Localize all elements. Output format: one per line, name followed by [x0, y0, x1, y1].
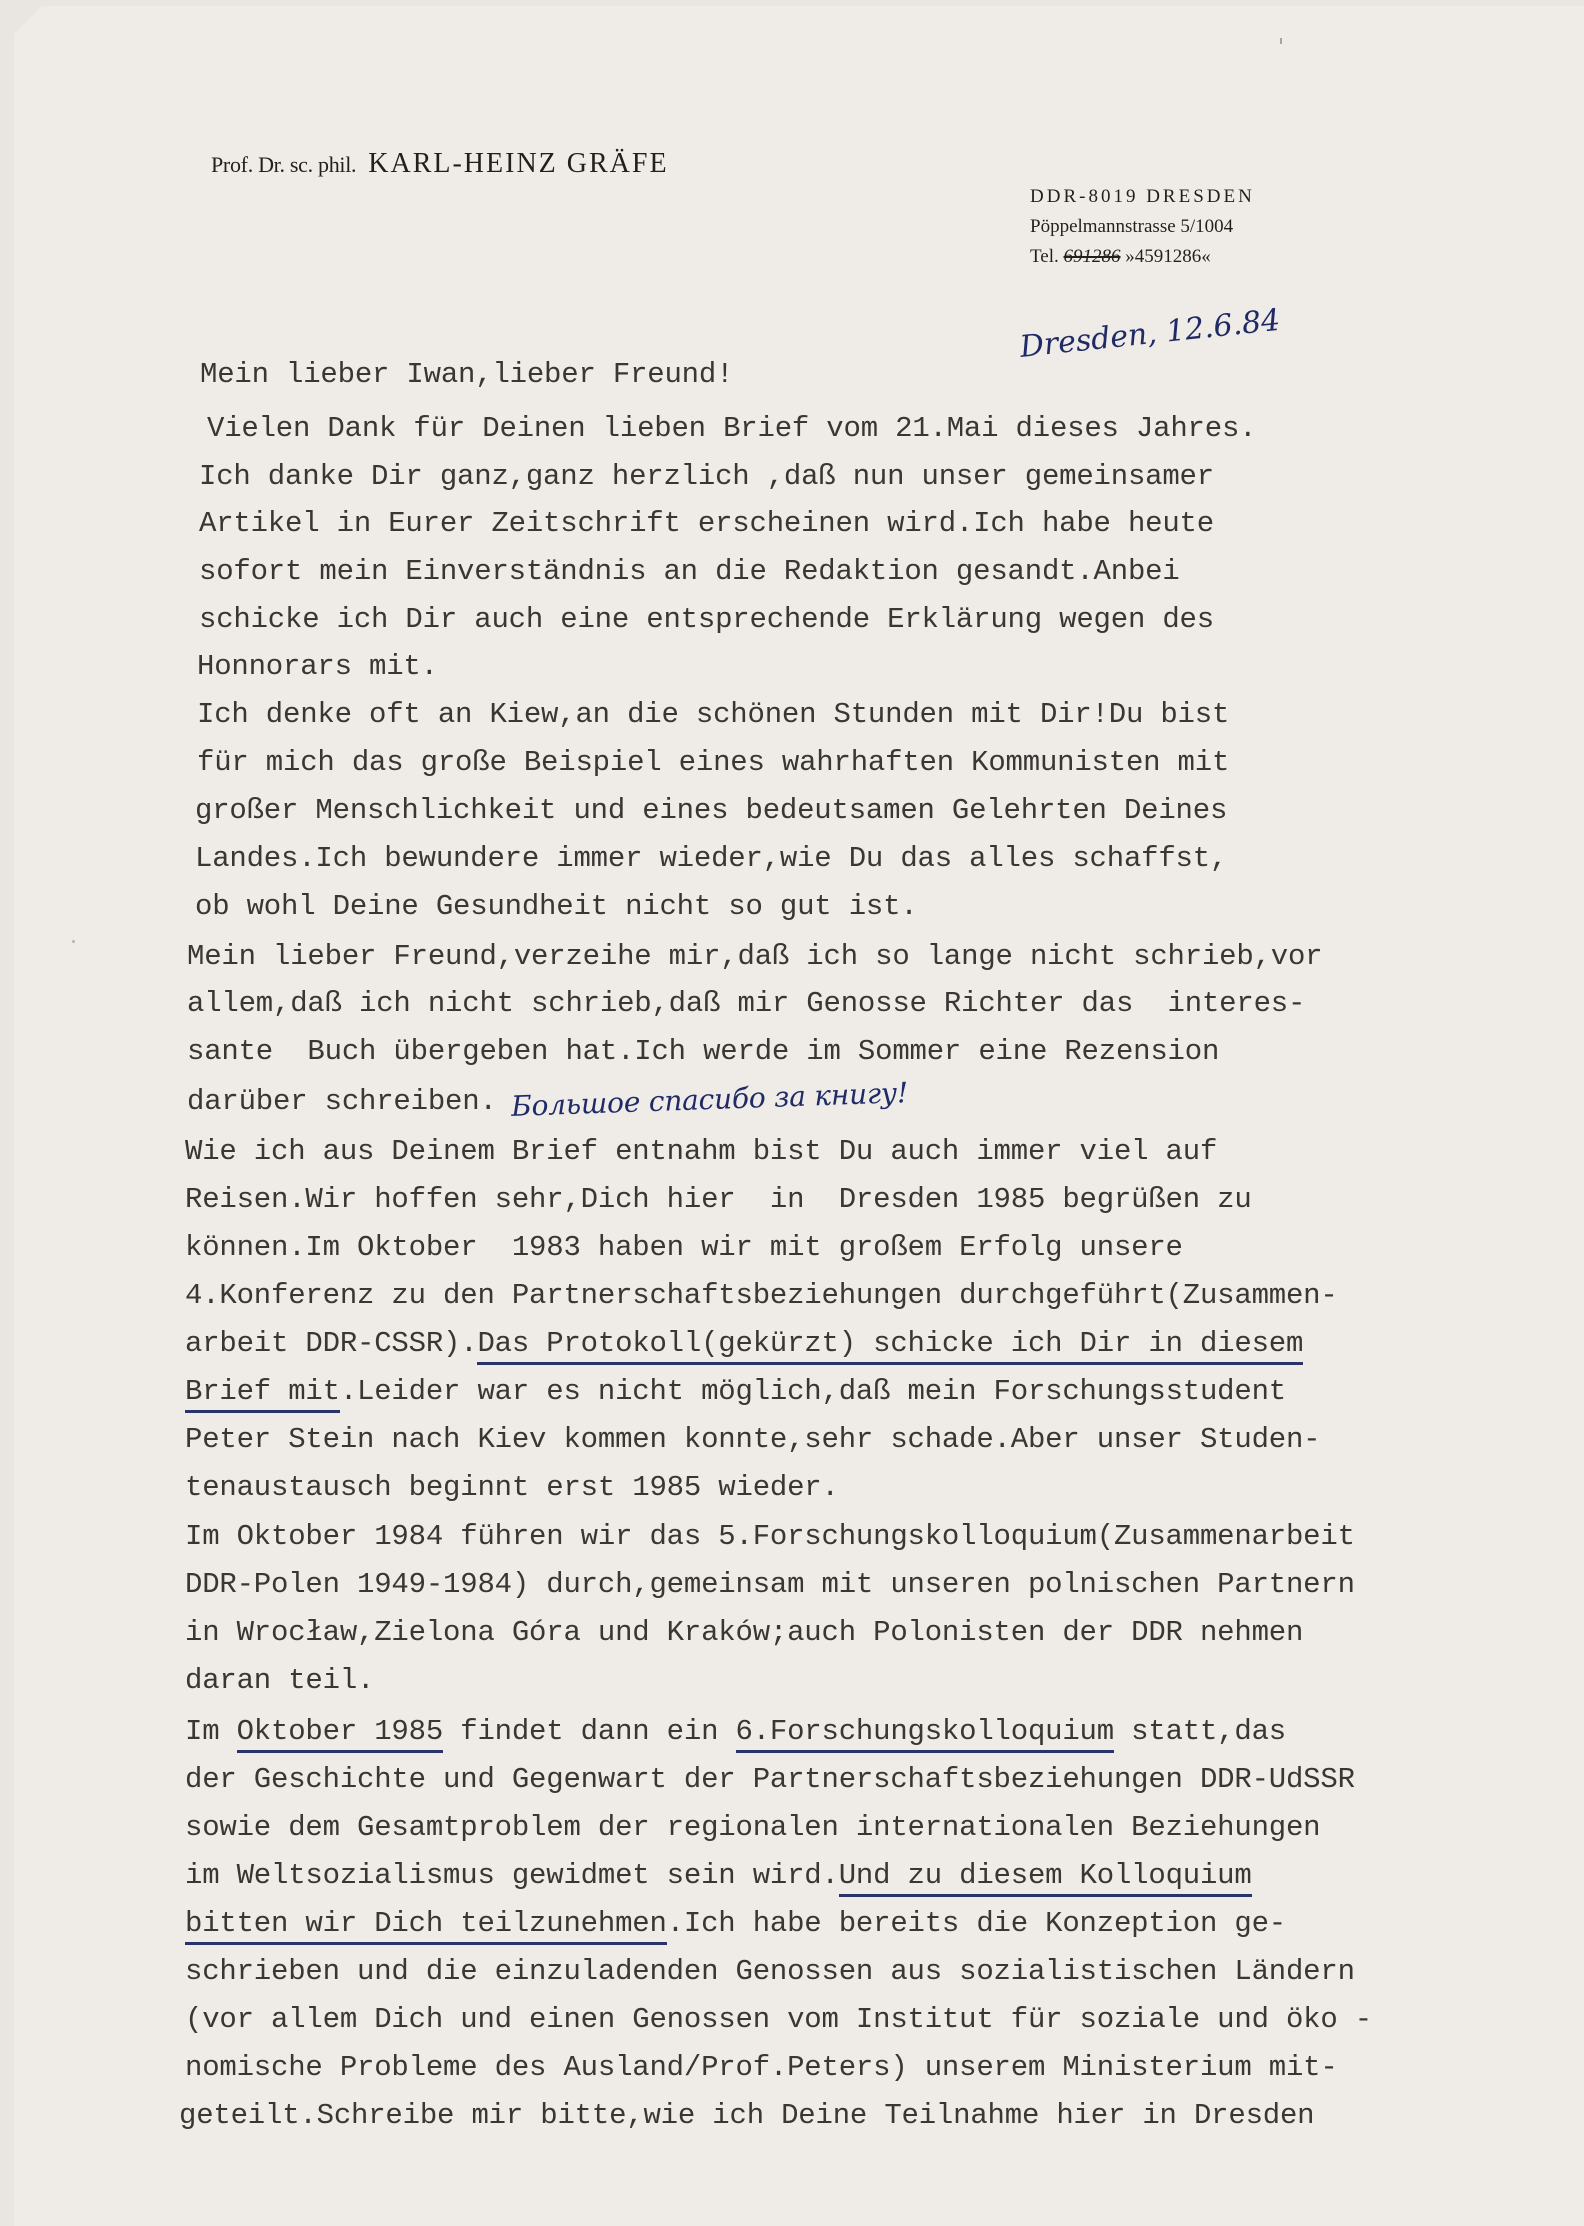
typed-line: in Wrocław,Zielona Góra und Kraków;auch …	[185, 1616, 1303, 1649]
phone-old-struck: 691286	[1064, 246, 1121, 267]
typed-line: schrieben und die einzuladenden Genossen…	[185, 1955, 1355, 1988]
typed-line: Im Oktober 1985 findet dann ein 6.Forsch…	[185, 1715, 1286, 1748]
typed-line: tenaustausch beginnt erst 1985 wieder.	[185, 1471, 839, 1504]
typed-line: arbeit DDR-CSSR).Das Protokoll(gekürzt) …	[185, 1327, 1303, 1360]
typed-line: großer Menschlichkeit und eines bedeutsa…	[195, 794, 1227, 827]
typed-line: sante Buch übergeben hat.Ich werde im So…	[187, 1035, 1219, 1068]
phone-label: Tel.	[1030, 246, 1059, 267]
typed-line: schicke ich Dir auch eine entsprechende …	[199, 603, 1214, 636]
handwritten-note: Большое спасибо за книгу!	[510, 1076, 908, 1123]
text-segment: statt,das	[1114, 1715, 1286, 1748]
author-name: KARL-HEINZ GRÄFE	[368, 148, 668, 179]
typed-line: (vor allem Dich und einen Genossen vom I…	[185, 2003, 1372, 2036]
address-street: Pöppelmannstrasse 5/1004	[1030, 212, 1255, 242]
typed-line: Im Oktober 1984 führen wir das 5.Forschu…	[185, 1520, 1355, 1553]
typed-line: Artikel in Eurer Zeitschrift erscheinen …	[199, 507, 1214, 540]
underlined-passage: Das Protokoll(gekürzt) schicke ich Dir i…	[477, 1327, 1303, 1365]
typed-line: Brief mit.Leider war es nicht möglich,da…	[185, 1375, 1286, 1408]
typed-line: 4.Konferenz zu den Partnerschaftsbeziehu…	[185, 1279, 1338, 1312]
typed-line: Vielen Dank für Deinen lieben Brief vom …	[207, 412, 1256, 445]
typed-line: im Weltsozialismus gewidmet sein wird.Un…	[185, 1859, 1252, 1892]
typed-line: sowie dem Gesamtproblem der regionalen i…	[185, 1811, 1320, 1844]
typed-line: geteilt.Schreibe mir bitte,wie ich Deine…	[179, 2099, 1314, 2132]
phone-new: »4591286«	[1125, 246, 1211, 267]
typed-line: für mich das große Beispiel eines wahrha…	[197, 746, 1229, 779]
underlined-passage: Und zu diesem Kolloquium	[839, 1859, 1252, 1897]
salutation: Mein lieber Iwan,lieber Freund!	[200, 358, 733, 391]
typed-line: Ich denke oft an Kiew,an die schönen Stu…	[197, 698, 1229, 731]
address-phone: Tel. 691286 »4591286«	[1030, 242, 1255, 272]
underlined-passage: bitten wir Dich teilzunehmen	[185, 1907, 667, 1945]
typed-line: DDR-Polen 1949-1984) durch,gemeinsam mit…	[185, 1568, 1355, 1601]
typed-line: nomische Probleme des Ausland/Prof.Peter…	[185, 2051, 1338, 2084]
typed-line: der Geschichte und Gegenwart der Partner…	[185, 1763, 1355, 1796]
underlined-date: Oktober 1985	[237, 1715, 443, 1753]
sender-address: DDR-8019 DRESDEN Pöppelmannstrasse 5/100…	[1030, 182, 1255, 272]
text-segment: findet dann ein	[443, 1715, 735, 1748]
text-segment: arbeit DDR-CSSR).	[185, 1327, 477, 1360]
typed-line: Peter Stein nach Kiev kommen konnte,sehr…	[185, 1423, 1320, 1456]
typed-line: ob wohl Deine Gesundheit nicht so gut is…	[195, 890, 918, 923]
academic-title: Prof. Dr. sc. phil.	[211, 152, 356, 177]
typed-line: können.Im Oktober 1983 haben wir mit gro…	[185, 1231, 1183, 1264]
text-segment: .Leider war es nicht möglich,daß mein Fo…	[340, 1375, 1286, 1408]
paper-speck	[1280, 38, 1282, 44]
typed-line: Reisen.Wir hoffen sehr,Dich hier in Dres…	[185, 1183, 1252, 1216]
typed-line: darüber schreiben.Большое спасибо за кни…	[187, 1083, 908, 1118]
typed-line: bitten wir Dich teilzunehmen.Ich habe be…	[185, 1907, 1286, 1940]
typed-line: Mein lieber Freund,verzeihe mir,daß ich …	[187, 940, 1322, 973]
typed-line: sofort mein Einverständnis an die Redakt…	[199, 555, 1180, 588]
paper-speck	[72, 940, 75, 943]
address-city: DDR-8019 DRESDEN	[1030, 182, 1255, 212]
typed-line: Honnorars mit.	[197, 650, 438, 683]
text-segment: .Ich habe bereits die Konzeption ge-	[667, 1907, 1286, 1940]
letterhead: Prof. Dr. sc. phil. KARL-HEINZ GRÄFE	[211, 148, 669, 180]
typed-line: Ich danke Dir ganz,ganz herzlich ,daß nu…	[199, 460, 1214, 493]
text-segment: Im	[185, 1715, 237, 1748]
underlined-event: 6.Forschungskolloquium	[736, 1715, 1114, 1753]
typed-line: allem,daß ich nicht schrieb,daß mir Geno…	[187, 987, 1305, 1020]
typed-line: Landes.Ich bewundere immer wieder,wie Du…	[195, 842, 1227, 875]
underlined-passage: Brief mit	[185, 1375, 340, 1413]
text-segment: im Weltsozialismus gewidmet sein wird.	[185, 1859, 839, 1892]
typed-line: Wie ich aus Deinem Brief entnahm bist Du…	[185, 1135, 1217, 1168]
typed-line: daran teil.	[185, 1664, 374, 1697]
